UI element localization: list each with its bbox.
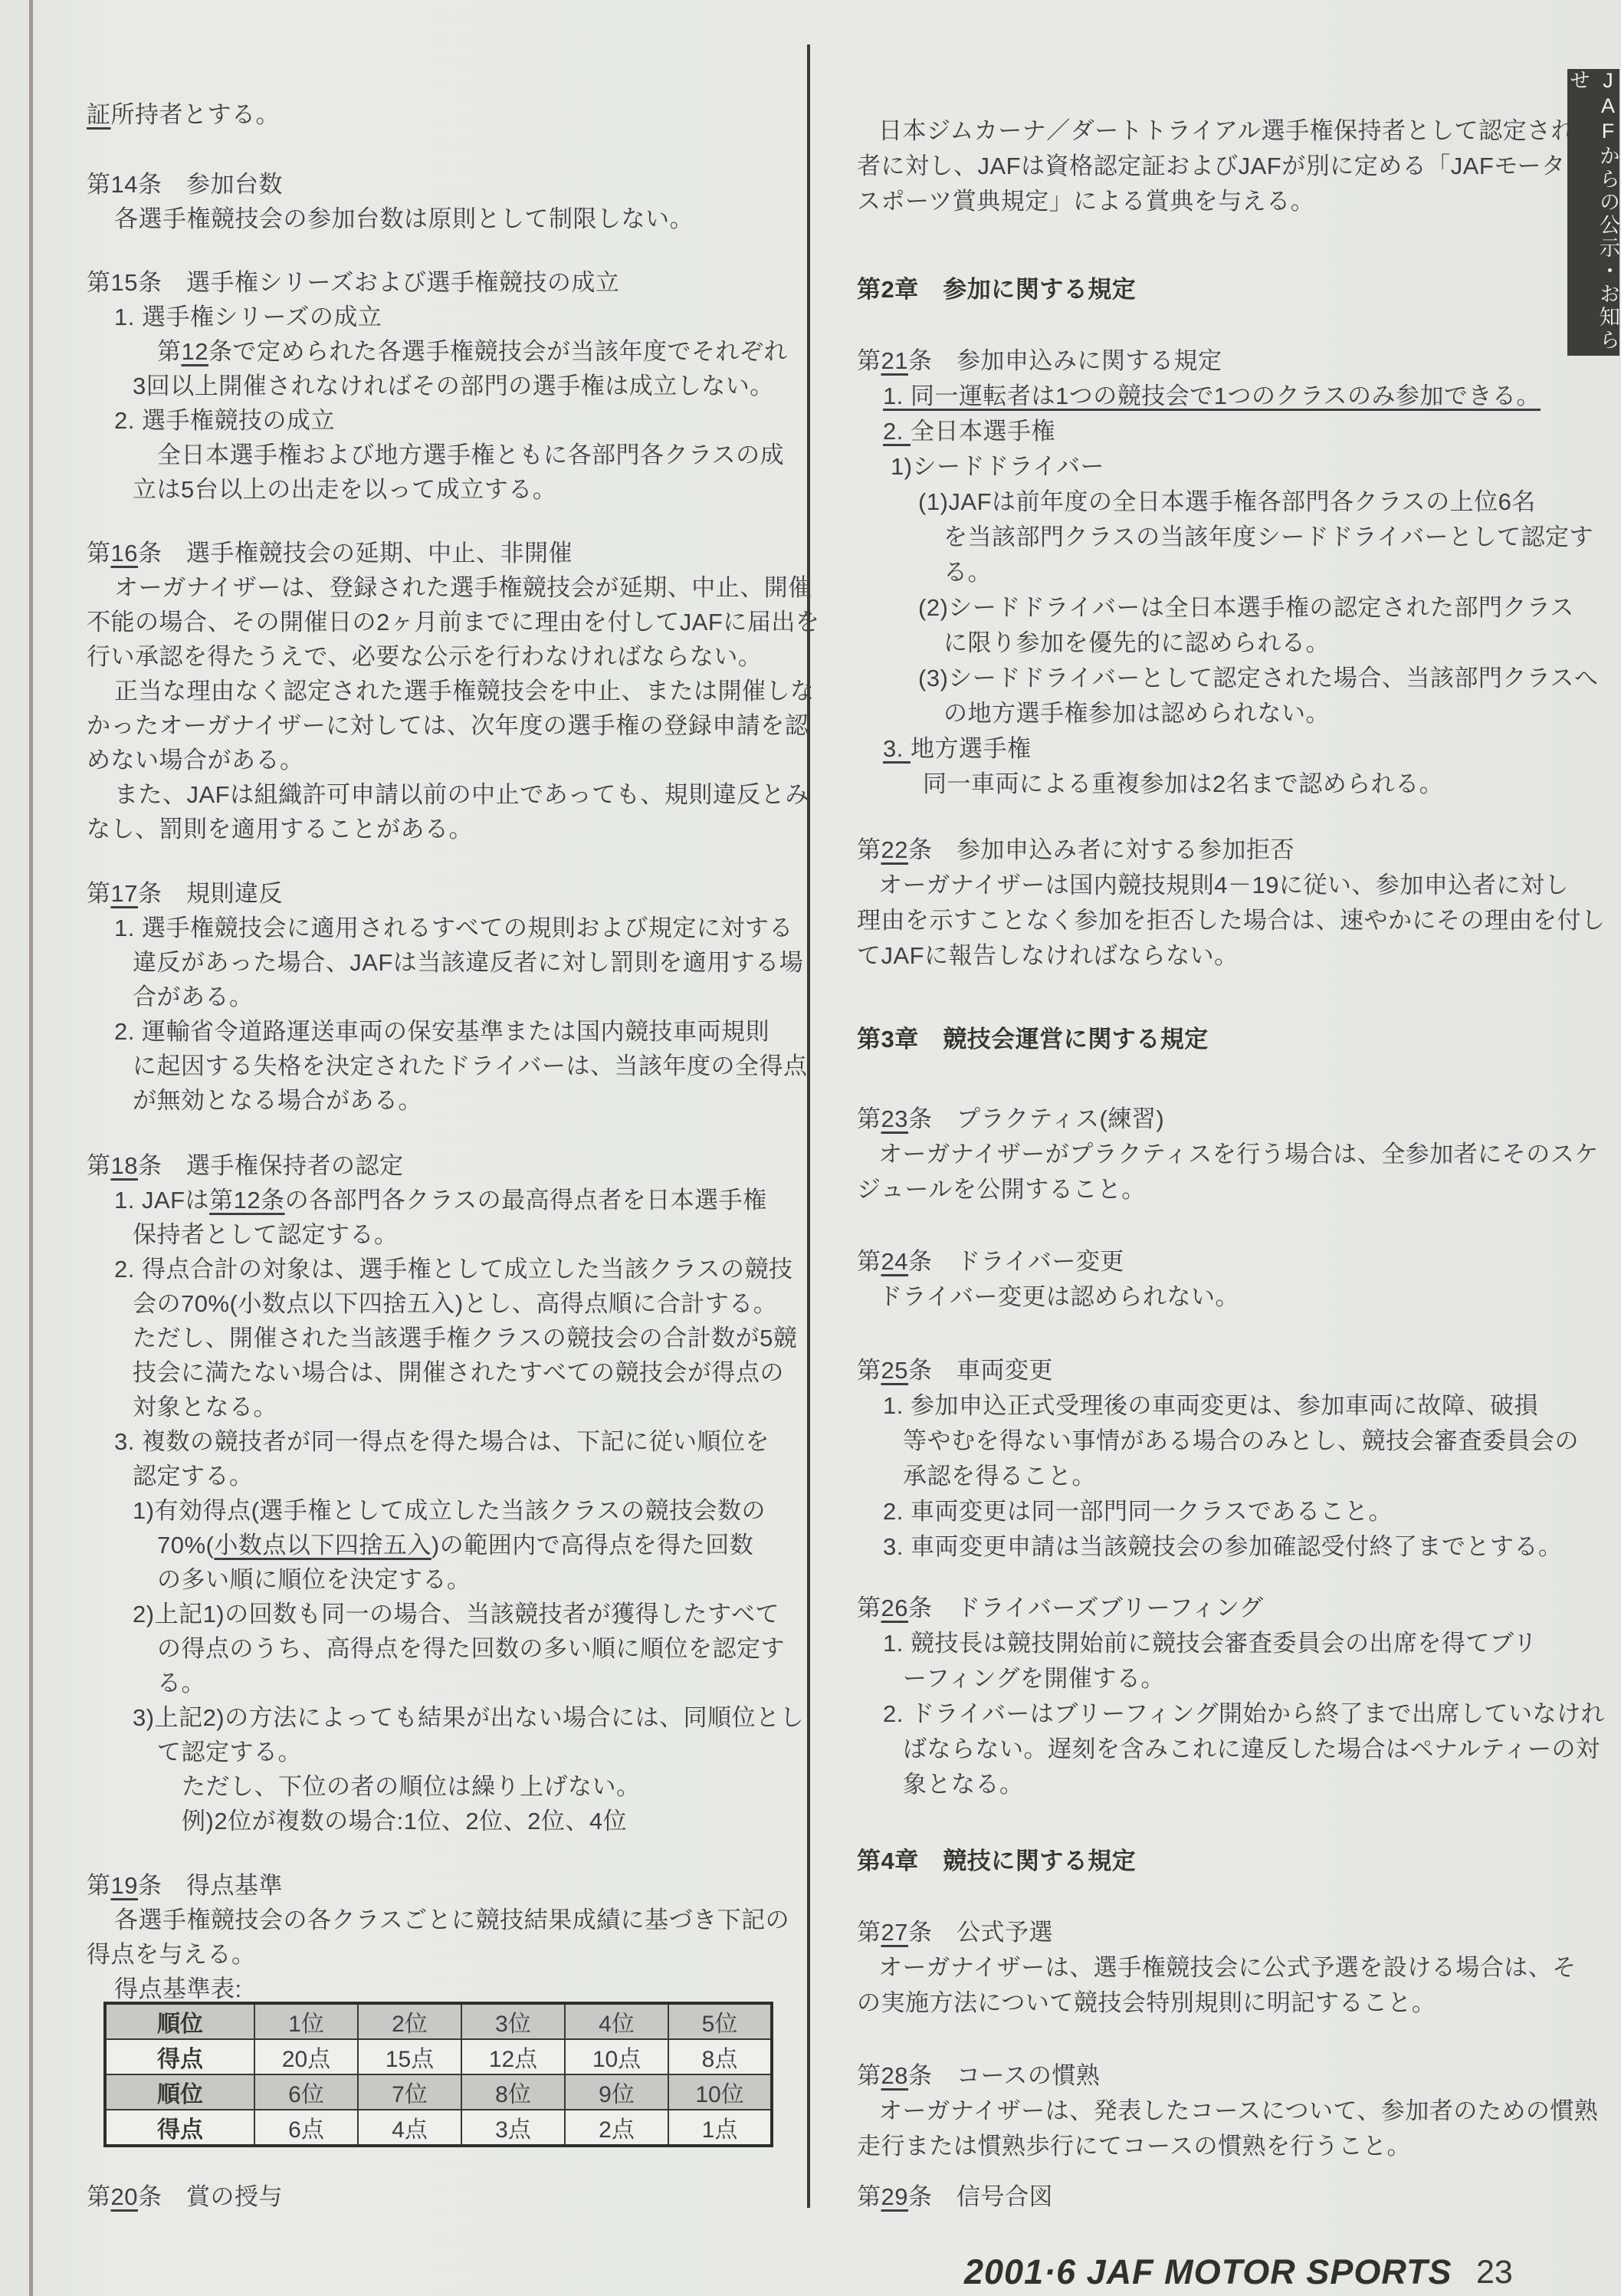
text-line: 証所持者とする。	[87, 97, 803, 132]
text-line: 第26条 ドライバーズブリーフィング	[857, 1591, 1577, 1626]
table-cell: 6点	[254, 2110, 358, 2146]
text-line: 同一車両による重複参加は2名まで認められる。	[857, 767, 1577, 802]
table-cell: 7位	[358, 2074, 461, 2110]
table-cell: 15点	[358, 2039, 461, 2074]
column-divider	[807, 44, 810, 2208]
text-line: ばならない。遅刻を含みこれに違反した場合はペナルティーの対	[857, 1732, 1577, 1767]
text-line: 第14条 参加台数	[87, 167, 803, 202]
text-line: 2)上記1)の回数も同一の場合、当該競技者が獲得したすべて	[87, 1597, 803, 1631]
text-line: 違反があった場合、JAFは当該違反者に対し罰則を適用する場	[87, 945, 803, 980]
left-column-text-after-table: 第20条 賞の授与	[87, 2179, 803, 2214]
text-line: る。	[87, 1666, 803, 1700]
text-line: 第15条 選手権シリーズおよび選手権競技の成立	[87, 265, 803, 300]
table-cell: 8位	[461, 2074, 565, 2110]
text-line: なし、罰則を適用することがある。	[87, 812, 803, 846]
text-line: 者に対し、JAFは資格認定証およびJAFが別に定める「JAFモーター	[857, 149, 1577, 184]
text-line: る。	[857, 555, 1577, 590]
text-line: 3. 地方選手権	[857, 731, 1577, 767]
table-cell: 1点	[668, 2110, 772, 2146]
table-cell: 5位	[668, 2003, 772, 2039]
text-line: また、JAFは組織許可申請以前の中止であっても、規則違反とみ	[87, 777, 803, 812]
table-cell: 12点	[461, 2039, 565, 2074]
text-line: 日本ジムカーナ／ダートトライアル選手権保持者として認定された	[857, 113, 1577, 149]
text-line: 1. 競技長は競技開始前に競技会審査委員会の出席を得てブリ	[857, 1626, 1577, 1661]
text-line: めない場合がある。	[87, 743, 803, 777]
text-line: て認定する。	[87, 1735, 803, 1769]
table-row: 順位6位7位8位9位10位	[105, 2074, 772, 2110]
right-column: 日本ジムカーナ／ダートトライアル選手権保持者として認定された者に対し、JAFは資…	[857, 113, 1577, 2215]
chapter-heading: 第2章 参加に関する規定	[857, 272, 1577, 307]
text-line: (2)シードドライバーは全日本選手権の認定された部門クラス	[857, 590, 1577, 626]
text-line: 2. 得点合計の対象は、選手権として成立した当該クラスの競技	[87, 1252, 803, 1286]
text-line: 象となる。	[857, 1767, 1577, 1802]
text-line: 理由を示すことなく参加を拒否した場合は、速やかにその理由を付し	[857, 903, 1577, 938]
text-line: ただし、下位の者の順位は繰り上げない。	[87, 1769, 803, 1804]
text-line: 第18条 選手権保持者の認定	[87, 1148, 803, 1183]
table-row: 順位1位2位3位4位5位	[105, 2003, 772, 2039]
text-line: 全日本選手権および地方選手権ともに各部門各クラスの成	[87, 438, 803, 472]
chapter-heading: 第3章 競技会運営に関する規定	[857, 1022, 1577, 1057]
footer-page-number: 23	[1476, 2254, 1513, 2291]
table-cell: 2位	[358, 2003, 461, 2039]
text-line: てJAFに報告しなければならない。	[857, 938, 1577, 974]
text-line: 会の70%(小数点以下四捨五入)とし、高得点順に合計する。	[87, 1286, 803, 1321]
text-line: かったオーガナイザーに対しては、次年度の選手権の登録申請を認	[87, 708, 803, 743]
text-line: 1)有効得点(選手権として成立した当該クラスの競技会数の	[87, 1493, 803, 1528]
table-cell: 4点	[358, 2110, 461, 2146]
text-line: の多い順に順位を決定する。	[87, 1562, 803, 1597]
scan-gutter-line	[29, 0, 33, 2296]
text-line: オーガナイザーは、選手権競技会に公式予選を設ける場合は、そ	[857, 1950, 1577, 1986]
text-line: 1. JAFは第12条の各部門各クラスの最高得点者を日本選手権	[87, 1183, 803, 1217]
score-table: 順位1位2位3位4位5位得点20点15点12点10点8点順位6位7位8位9位10…	[103, 2002, 773, 2147]
text-line: オーガナイザーは国内競技規則4－19に従い、参加申込者に対し	[857, 868, 1577, 903]
table-label-cell: 順位	[105, 2074, 254, 2110]
text-line: 第19条 得点基準	[87, 1868, 803, 1903]
text-line: 3. 車両変更申請は当該競技会の参加確認受付終了までとする。	[857, 1529, 1577, 1565]
text-line: 等やむを得ない事情がある場合のみとし、競技会審査委員会の	[857, 1424, 1577, 1459]
text-line: 3. 複数の競技者が同一得点を得た場合は、下記に従い順位を	[87, 1424, 803, 1459]
text-line: 第21条 参加申込みに関する規定	[857, 343, 1577, 379]
table-label-cell: 順位	[105, 2003, 254, 2039]
text-line: 不能の場合、その開催日の2ヶ月前までに理由を付してJAFに届出を	[87, 605, 803, 639]
text-line: 第28条 コースの慣熟	[857, 2058, 1577, 2094]
text-line: 走行または慣熟歩行にてコースの慣熟を行うこと。	[857, 2129, 1577, 2164]
text-line: 各選手権競技会の各クラスごとに競技結果成績に基づき下記の	[87, 1903, 803, 1937]
text-line: 2. 運輸省令道路運送車両の保安基準または国内競技車両規則	[87, 1014, 803, 1049]
text-line: 第29条 信号合図	[857, 2179, 1577, 2215]
text-line: 第25条 車両変更	[857, 1353, 1577, 1388]
text-line: 1. 選手権競技会に適用されるすべての規則および規定に対する	[87, 911, 803, 945]
table-row: 得点20点15点12点10点8点	[105, 2039, 772, 2074]
text-line: 行い承認を得たうえで、必要な公示を行わなければならない。	[87, 639, 803, 674]
table-cell: 3点	[461, 2110, 565, 2146]
text-line: 70%(小数点以下四捨五入)の範囲内で高得点を得た回数	[87, 1528, 803, 1562]
text-line: 承認を得ること。	[857, 1459, 1577, 1494]
text-line: 各選手権競技会の参加台数は原則として制限しない。	[87, 202, 803, 236]
text-line: 2. 車両変更は同一部門同一クラスであること。	[857, 1494, 1577, 1529]
table-cell: 4位	[565, 2003, 668, 2039]
table-cell: 2点	[565, 2110, 668, 2146]
text-line: を当該部門クラスの当該年度シードドライバーとして認定す	[857, 520, 1577, 555]
left-column-text: 証所持者とする。第14条 参加台数各選手権競技会の参加台数は原則として制限しない…	[87, 97, 803, 2006]
table-cell: 20点	[254, 2039, 358, 2074]
section-tab: JAFからの公示・お知らせ	[1567, 69, 1619, 356]
magazine-page: 証所持者とする。第14条 参加台数各選手権競技会の参加台数は原則として制限しない…	[0, 0, 1621, 2296]
text-line: 1. 選手権シリーズの成立	[87, 300, 803, 334]
text-line: 立は5台以上の出走を以って成立する。	[87, 472, 803, 507]
text-line: の得点のうち、高得点を得た回数の多い順に順位を認定す	[87, 1631, 803, 1666]
table-label-cell: 得点	[105, 2039, 254, 2074]
table-cell: 6位	[254, 2074, 358, 2110]
left-column: 証所持者とする。第14条 参加台数各選手権競技会の参加台数は原則として制限しない…	[87, 97, 803, 2214]
text-line: 得点を与える。	[87, 1937, 803, 1972]
text-line: 第27条 公式予選	[857, 1915, 1577, 1950]
text-line: の実施方法について競技会特別規則に明記すること。	[857, 1986, 1577, 2021]
text-line: スポーツ賞典規定」による賞典を与える。	[857, 184, 1577, 219]
text-line: 第20条 賞の授与	[87, 2179, 803, 2214]
text-line: 3回以上開催されなければその部門の選手権は成立しない。	[87, 369, 803, 403]
text-line: 第17条 規則違反	[87, 876, 803, 911]
text-line: 2. ドライバーはブリーフィング開始から終了まで出席していなけれ	[857, 1697, 1577, 1732]
text-line: が無効となる場合がある。	[87, 1083, 803, 1118]
chapter-heading: 第4章 競技に関する規定	[857, 1844, 1577, 1879]
table-label-cell: 得点	[105, 2110, 254, 2146]
text-line: 2. 全日本選手権	[857, 414, 1577, 449]
text-line: 合がある。	[87, 980, 803, 1014]
table-cell: 8点	[668, 2039, 772, 2074]
text-line: オーガナイザーは、発表したコースについて、参加者のための慣熟	[857, 2094, 1577, 2129]
text-line: 1)シードドライバー	[857, 449, 1577, 484]
text-line: (1)JAFは前年度の全日本選手権各部門各クラスの上位6名	[857, 484, 1577, 520]
text-line: 第23条 プラクティス(練習)	[857, 1102, 1577, 1137]
section-tab-label: JAFからの公示・お知らせ	[1564, 69, 1621, 356]
footer-magazine-title: 2001·6 JAF MOTOR SPORTS	[964, 2252, 1452, 2292]
text-line: オーガナイザーがプラクティスを行う場合は、全参加者にそのスケ	[857, 1137, 1577, 1172]
text-line: 1. 同一運転者は1つの競技会で1つのクラスのみ参加できる。	[857, 379, 1577, 414]
text-line: 技会に満たない場合は、開催されたすべての競技会が得点の	[87, 1355, 803, 1390]
text-line: (3)シードドライバーとして認定された場合、当該部門クラスへ	[857, 661, 1577, 696]
text-line: 認定する。	[87, 1459, 803, 1493]
table-cell: 1位	[254, 2003, 358, 2039]
text-line: ーフィングを開催する。	[857, 1661, 1577, 1697]
text-line: 正当な理由なく認定された選手権競技会を中止、または開催しな	[87, 674, 803, 708]
text-line: 1. 参加申込正式受理後の車両変更は、参加車両に故障、破損	[857, 1388, 1577, 1424]
text-line: 対象となる。	[87, 1390, 803, 1424]
table-row: 得点6点4点3点2点1点	[105, 2110, 772, 2146]
text-line: 例)2位が複数の場合:1位、2位、2位、4位	[87, 1804, 803, 1838]
text-line: ドライバー変更は認められない。	[857, 1279, 1577, 1315]
text-line: の地方選手権参加は認められない。	[857, 696, 1577, 731]
text-line: オーガナイザーは、登録された選手権競技会が延期、中止、開催	[87, 570, 803, 605]
text-line: 3)上記2)の方法によっても結果が出ない場合には、同順位とし	[87, 1700, 803, 1735]
text-line: 保持者として認定する。	[87, 1217, 803, 1252]
table-cell: 3位	[461, 2003, 565, 2039]
text-line: ただし、開催された当該選手権クラスの競技会の合計数が5競	[87, 1321, 803, 1355]
text-line: 第22条 参加申込み者に対する参加拒否	[857, 833, 1577, 868]
text-line: 第12条で定められた各選手権競技会が当該年度でそれぞれ	[87, 334, 803, 369]
table-cell: 9位	[565, 2074, 668, 2110]
text-line: ジュールを公開すること。	[857, 1172, 1577, 1207]
text-line: に起因する失格を決定されたドライバーは、当該年度の全得点	[87, 1049, 803, 1083]
text-line: 第16条 選手権競技会の延期、中止、非開催	[87, 536, 803, 570]
table-cell: 10位	[668, 2074, 772, 2110]
table-cell: 10点	[565, 2039, 668, 2074]
text-line: 第24条 ドライバー変更	[857, 1244, 1577, 1279]
text-line: 2. 選手権競技の成立	[87, 403, 803, 438]
text-line: に限り参加を優先的に認められる。	[857, 626, 1577, 661]
